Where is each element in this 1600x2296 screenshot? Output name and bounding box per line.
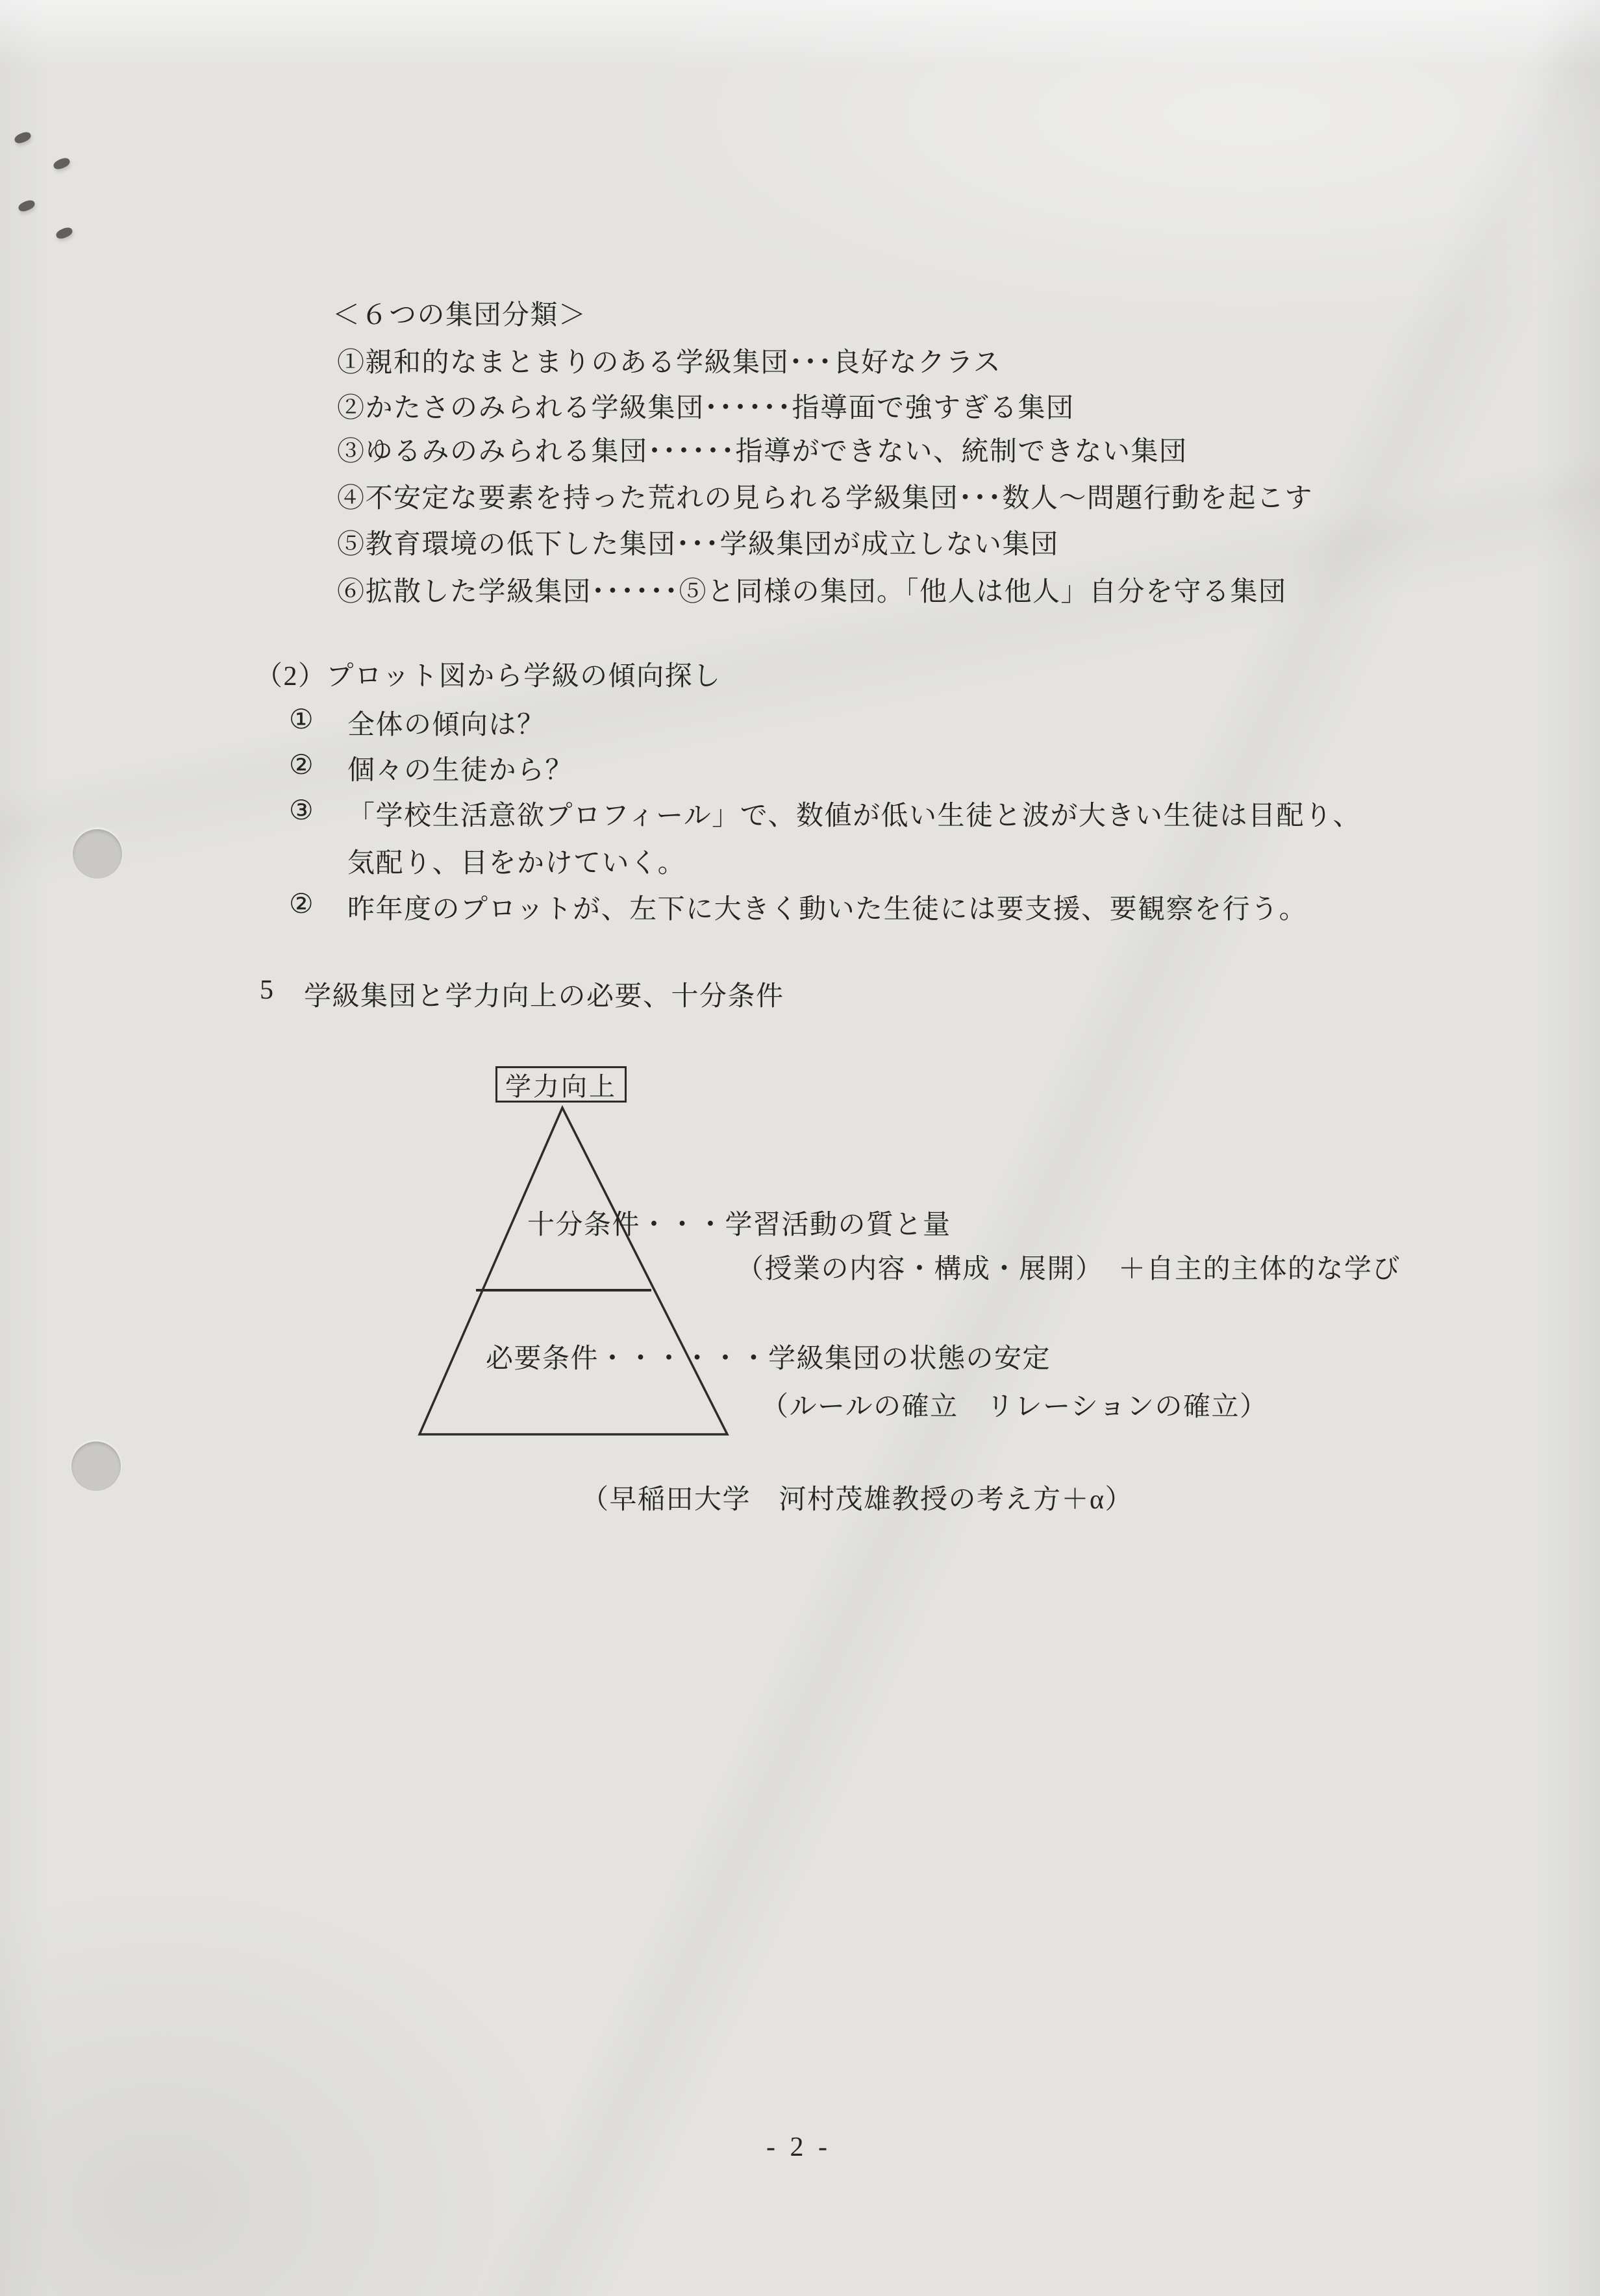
pyramid-outline: [419, 1108, 727, 1434]
section5-number: 5: [260, 975, 273, 1006]
punch-hole: [71, 1441, 121, 1491]
plot-item-4-text: 昨年度のプロットが、左下に大きく動いた生徒には要支援、要観察を行う。: [347, 888, 1307, 927]
sufficient-condition-label: 十分条件・・・学習活動の質と量: [527, 1203, 951, 1242]
section5-heading: 学級集団と学力向上の必要、十分条件: [304, 975, 784, 1014]
pyramid-source-caption: （早稲田大学 河村茂雄教授の考え方＋α）: [581, 1478, 1133, 1517]
classification-item-3: ③ゆるみのみられる集団･･････指導ができない、統制できない集団: [337, 430, 1188, 469]
staple-mark: [55, 226, 73, 241]
plot-item-3-text: 「学校生活意欲プロフィール」で、数値が低い生徒と波が大きい生徒は目配り、: [347, 794, 1361, 833]
classification-item-4: ④不安定な要素を持った荒れの見られる学級集団･･･数人～問題行動を起こす: [337, 477, 1313, 516]
staple-mark: [13, 131, 32, 145]
classification-item-6: ⑥拡散した学級集団･･････⑤と同様の集団。「他人は他人」自分を守る集団: [337, 570, 1287, 609]
punch-hole: [73, 829, 122, 879]
staple-mark: [52, 156, 71, 171]
plot-item-2-text: 個々の生徒から？: [347, 749, 573, 788]
plot-item-1-marker: ①: [289, 703, 314, 736]
sufficient-condition-detail: （授業の内容・構成・展開） ＋自主的主体的な学び: [736, 1247, 1401, 1286]
classification-item-5: ⑤教育環境の低下した集団･･･学級集団が成立しない集団: [337, 523, 1059, 562]
classification-item-2: ②かたさのみられる学級集団･･････指導面で強すぎる集団: [337, 386, 1075, 425]
scanned-document-page: ＜６つの集団分類＞ ①親和的なまとまりのある学級集団･･･良好なクラス ②かたさ…: [0, 0, 1600, 2296]
plot-item-1-text: 全体の傾向は？: [347, 703, 545, 742]
pyramid-triangle: [390, 1058, 753, 1448]
plot-item-2-marker: ②: [289, 749, 314, 781]
staple-mark: [17, 199, 36, 214]
necessary-condition-label: 必要条件・・・・・・学級集団の状態の安定: [486, 1337, 1051, 1376]
plot-item-4-marker: ②: [289, 888, 314, 920]
plot-section-heading: （2）プロット図から学級の傾向探し: [255, 655, 721, 693]
plot-item-3-text-wrap: 気配り、目をかけていく。: [347, 842, 686, 880]
necessary-condition-detail: （ルールの確立 リレーションの確立）: [761, 1385, 1268, 1424]
classification-heading: ＜６つの集団分類＞: [332, 293, 587, 332]
plot-item-3-marker: ③: [289, 794, 314, 827]
classification-item-1: ①親和的なまとまりのある学級集団･･･良好なクラス: [337, 341, 1001, 380]
page-number: - 2 -: [766, 2132, 831, 2163]
